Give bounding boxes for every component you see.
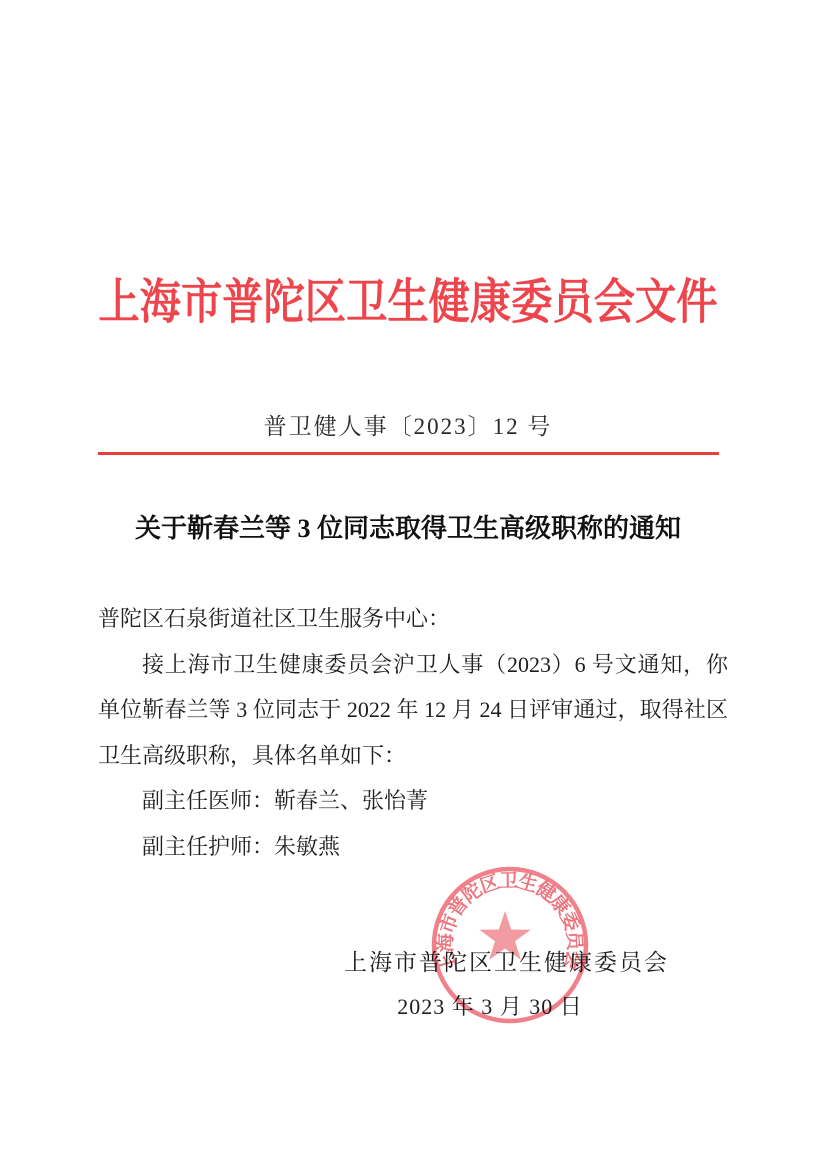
body-line-physicians: 副主任医师：靳春兰、张怡菁: [98, 778, 728, 824]
header-org-title: 上海市普陀区卫生健康委员会文件: [57, 263, 759, 332]
official-document-page: 上海市普陀区卫生健康委员会文件 普卫健人事〔2023〕12 号 关于靳春兰等 3…: [0, 0, 816, 1154]
doc-title: 关于靳春兰等 3 位同志取得卫生高级职称的通知: [0, 508, 816, 545]
body-line-nurses: 副主任护师：朱敏燕: [98, 824, 728, 870]
document-body: 普陀区石泉街道社区卫生服务中心： 接上海市卫生健康委员会沪卫人事（2023）6 …: [98, 596, 728, 869]
body-paragraph-main: 接上海市卫生健康委员会沪卫人事（2023）6 号文通知，你单位靳春兰等 3 位同…: [98, 642, 728, 779]
signature-date: 2023 年 3 月 30 日: [397, 990, 583, 1021]
header-divider-line: [98, 452, 719, 455]
recipient-line: 普陀区石泉街道社区卫生服务中心：: [98, 596, 728, 642]
signature-org: 上海市普陀区卫生健康委员会: [344, 944, 669, 977]
doc-number: 普卫健人事〔2023〕12 号: [0, 408, 816, 441]
